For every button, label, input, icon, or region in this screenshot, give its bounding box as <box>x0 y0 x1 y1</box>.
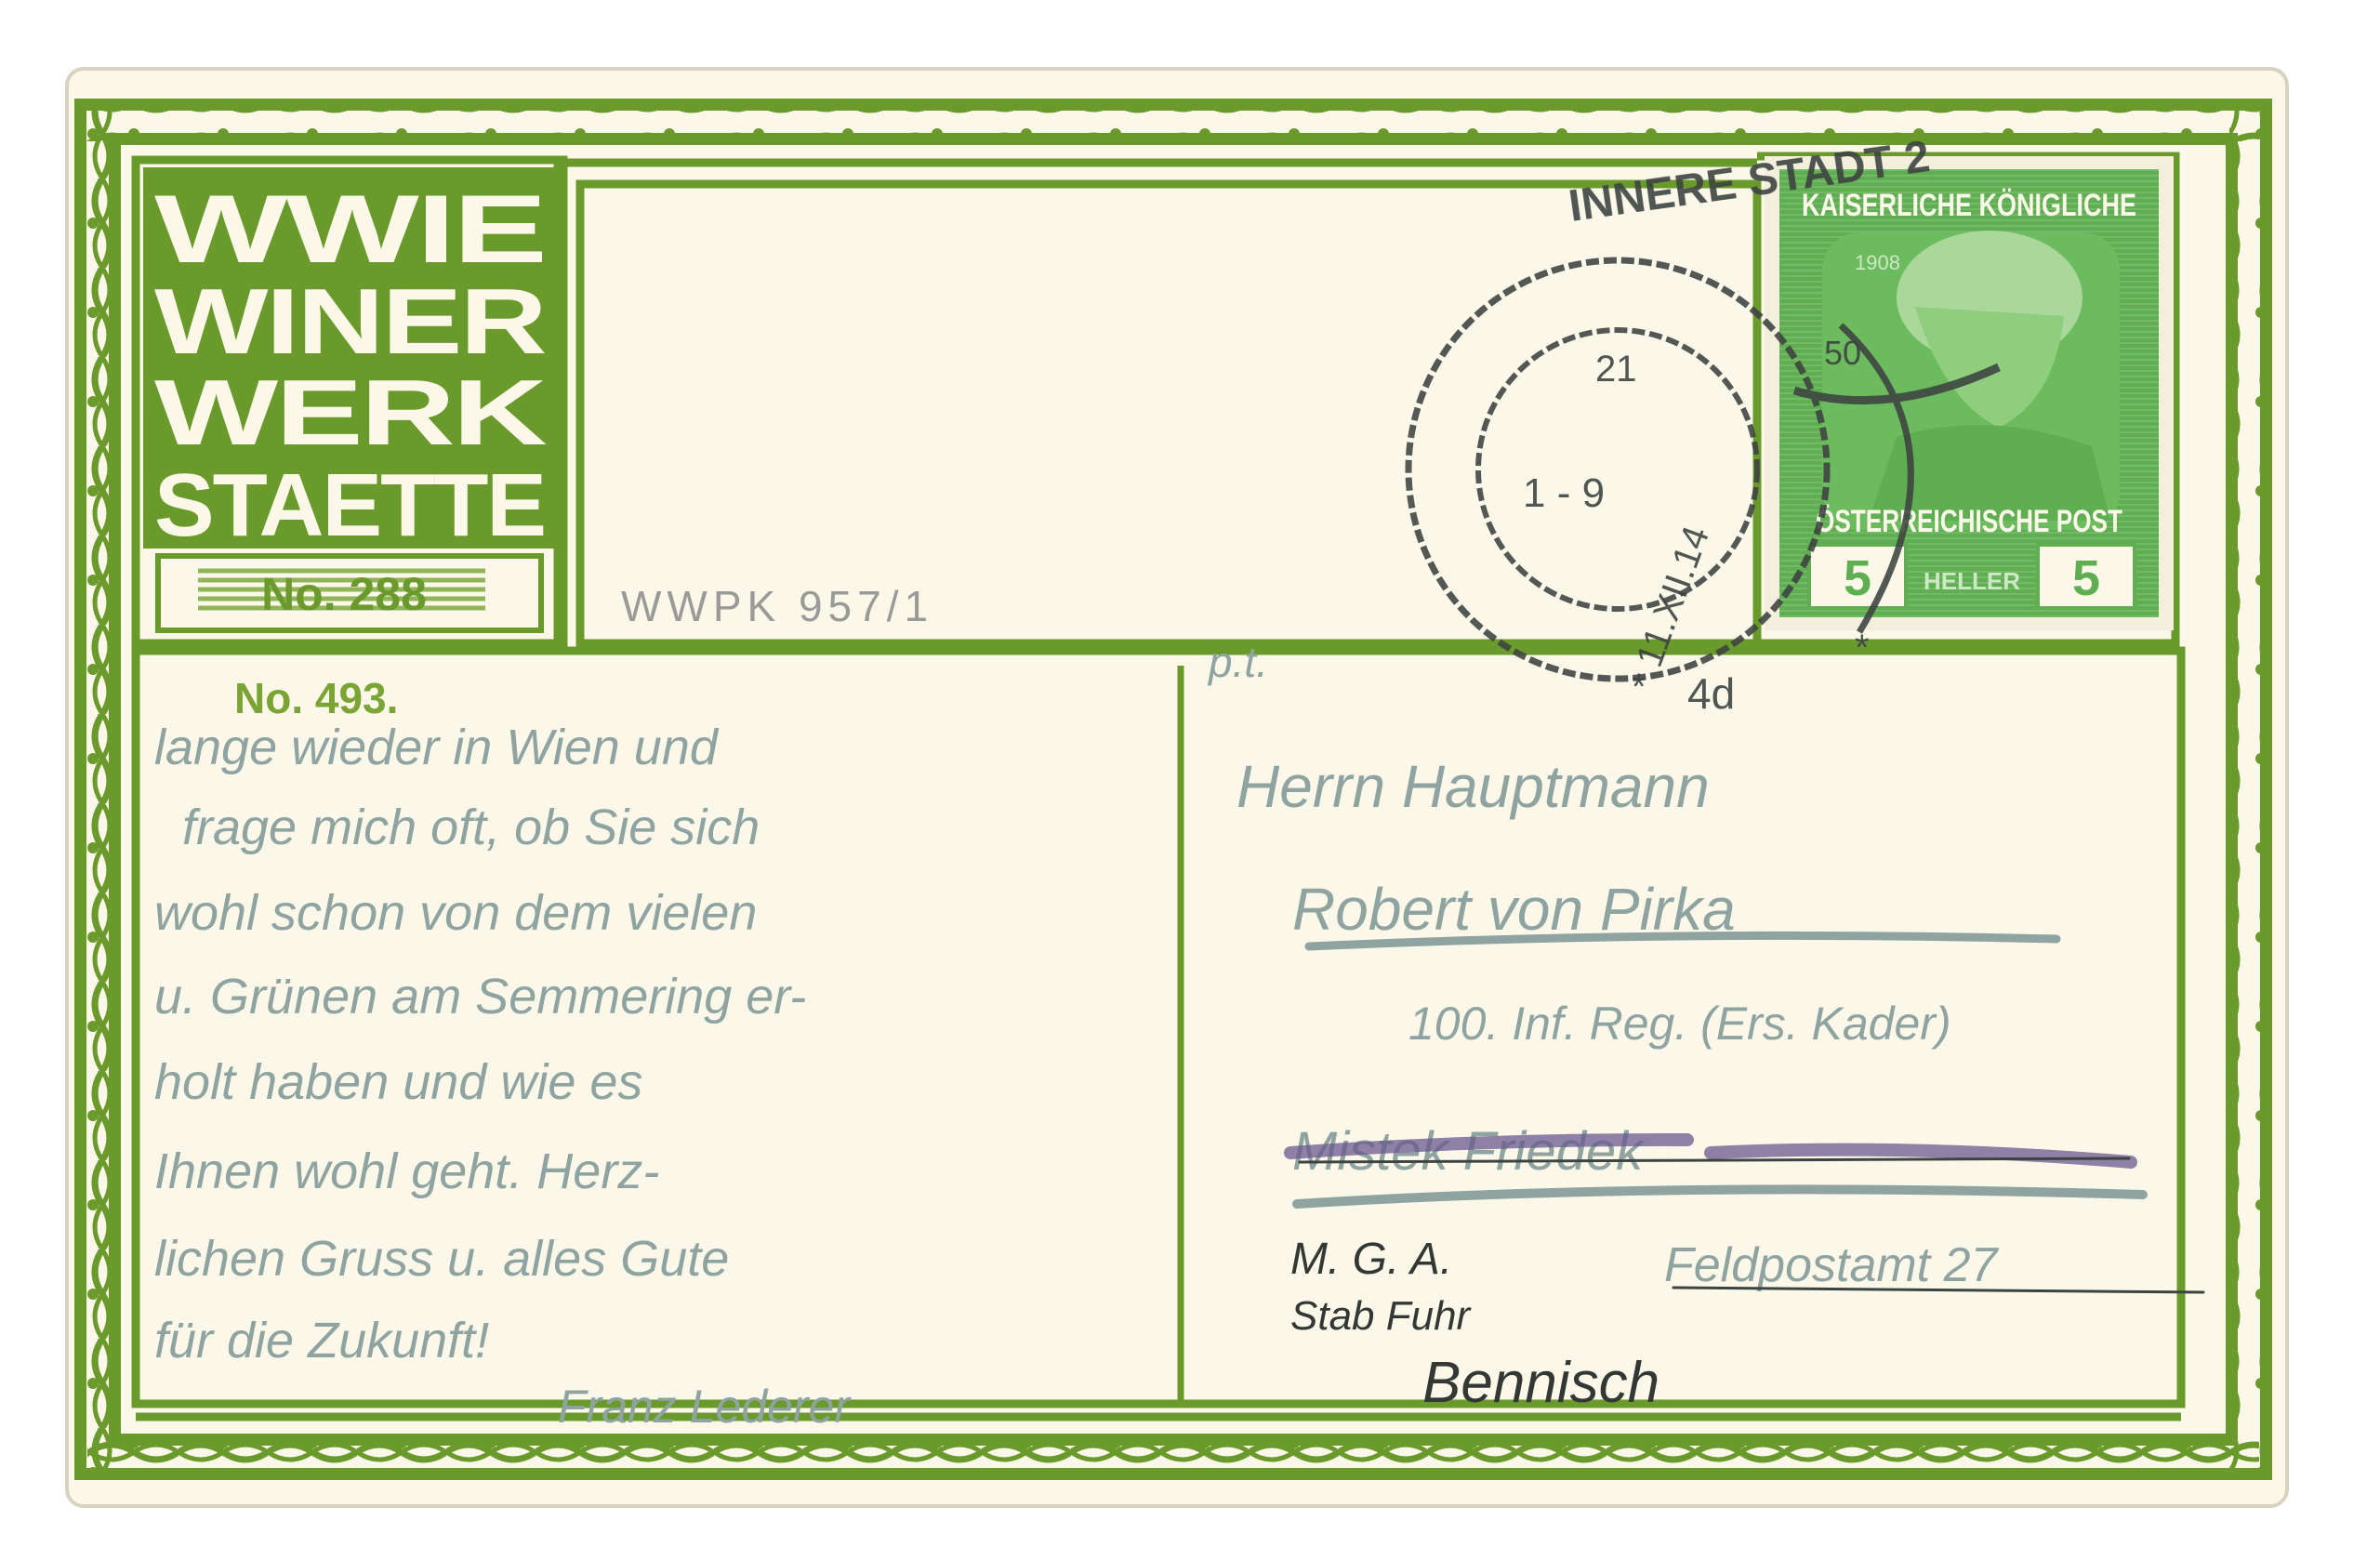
svg-text:Stab Fuhr: Stab Fuhr <box>1290 1293 1473 1339</box>
struck-logo-number: No. 288 <box>261 568 427 620</box>
svg-text:5: 5 <box>1844 550 1871 606</box>
svg-text:M. G. A.: M. G. A. <box>1290 1235 1452 1284</box>
card-number: No. 493. <box>234 674 398 722</box>
address-line: 100. Inf. Reg. (Ers. Kader) <box>1408 998 1951 1050</box>
message-line: lange wieder in Wien und <box>154 720 720 775</box>
field-post-office: Feldpostamt 27 <box>1664 1238 1999 1292</box>
svg-text:*: * <box>1632 667 1646 707</box>
pencil-inventory-note: WWPK 957/1 <box>621 582 933 630</box>
message-line: lichen Gruss u. alles Gute <box>154 1231 729 1287</box>
signature: Franz Lederer <box>558 1381 852 1433</box>
message-line: u. Grünen am Semmering er- <box>154 969 806 1025</box>
postcard-artwork: WWIE WINER WERK STAETTE No. 288 No. 493.… <box>0 0 2380 1560</box>
svg-text:1 - 9: 1 - 9 <box>1523 470 1605 516</box>
message-line: Ihnen wohl geht. Herz- <box>154 1144 659 1199</box>
svg-text:KAISERLICHE KÖNIGLICHE: KAISERLICHE KÖNIGLICHE <box>1802 188 2136 223</box>
svg-text:21: 21 <box>1595 349 1637 390</box>
svg-text:WWIE: WWIE <box>154 176 545 284</box>
destination: Bennisch <box>1422 1351 1659 1415</box>
message-line: frage mich oft, ob Sie sich <box>182 800 760 855</box>
svg-text:STAETTE: STAETTE <box>154 456 545 555</box>
message-line: holt haben und wie es <box>154 1054 642 1110</box>
svg-text:WERK: WERK <box>154 361 547 465</box>
svg-text:1908: 1908 <box>1855 251 1900 274</box>
svg-text:*: * <box>1855 628 1870 668</box>
svg-text:5: 5 <box>2072 550 2100 606</box>
address-line: Herrn Hauptmann <box>1236 753 1710 820</box>
svg-text:50: 50 <box>1824 334 1861 372</box>
svg-text:WINER: WINER <box>154 270 546 374</box>
postcard: WWIE WINER WERK STAETTE No. 288 No. 493.… <box>0 0 2380 1560</box>
message-line: für die Zukunft! <box>154 1313 489 1368</box>
wiener-werkstaette-logo: WWIE WINER WERK STAETTE No. 288 <box>143 167 556 630</box>
svg-text:HELLER: HELLER <box>1924 567 2020 595</box>
message-line: wohl schon von dem vielen <box>154 885 757 941</box>
postage-stamp: KAISERLICHE KÖNIGLICHE ÖSTERREICHISCHE P… <box>1765 156 2174 630</box>
svg-text:ÖSTERREICHISCHE POST: ÖSTERREICHISCHE POST <box>1816 504 2122 539</box>
svg-text:4d: 4d <box>1687 669 1735 718</box>
address-prefix: p.t. <box>1207 638 1268 686</box>
